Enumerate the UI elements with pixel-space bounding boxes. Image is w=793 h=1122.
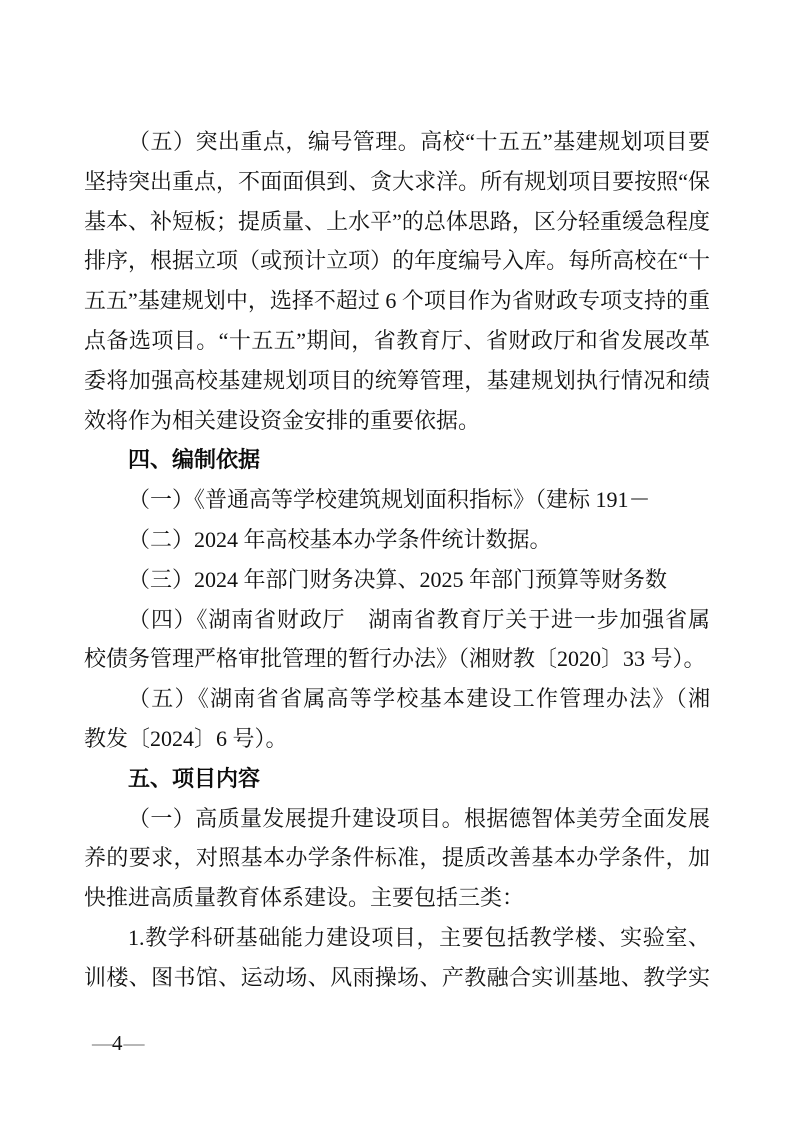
paragraph-line: 快推进高质量教育体系建设。主要包括三类： xyxy=(84,878,710,918)
document-page: （五）突出重点，编号管理。高校“十五五”基建规划项目要坚持突出重点，不面面俱到、… xyxy=(0,0,793,1122)
section-heading: 五、项目内容 xyxy=(84,759,710,799)
document-body: （五）突出重点，编号管理。高校“十五五”基建规划项目要坚持突出重点，不面面俱到、… xyxy=(84,122,710,998)
paragraph-line: 委将加强高校基建规划项目的统筹管理，基建规划执行情况和绩 xyxy=(84,361,710,401)
paragraph-line: 1.教学科研基础能力建设项目，主要包括教学楼、实验室、实 xyxy=(84,918,710,958)
page-number: —4— xyxy=(92,1028,143,1058)
page-number-value: 4 xyxy=(111,1031,124,1055)
paragraph-line: （二）2024 年高校基本办学条件统计数据。 xyxy=(84,520,710,560)
paragraph-line: 排序，根据立项（或预计立项）的年度编号入库。每所高校在“十 xyxy=(84,241,710,281)
paragraph-line: （五）突出重点，编号管理。高校“十五五”基建规划项目要 xyxy=(84,122,710,162)
paragraph-line: 校债务管理严格审批管理的暂行办法》（湘财教〔2020〕33 号）。 xyxy=(84,639,710,679)
page-number-right-dash: — xyxy=(124,1031,143,1055)
paragraph-line: （五）《湖南省省属高等学校基本建设工作管理办法》（湘 xyxy=(84,679,710,719)
section-heading: 四、编制依据 xyxy=(84,440,710,480)
paragraph-line: 效将作为相关建设资金安排的重要依据。 xyxy=(84,401,710,441)
paragraph-line: （一）高质量发展提升建设项目。根据德智体美劳全面发展培 xyxy=(84,799,710,839)
paragraph-line: 基本、补短板；提质量、上水平”的总体思路，区分轻重缓急程度 xyxy=(84,202,710,242)
paragraph-line: 点备选项目。“十五五”期间，省教育厅、省财政厅和省发展改革 xyxy=(84,321,710,361)
paragraph-line: 教发〔2024〕6 号）。 xyxy=(84,719,710,759)
page-number-left-dash: — xyxy=(92,1031,111,1055)
paragraph-line: （三）2024 年部门财务决算、2025 年部门预算等财务数据。 xyxy=(84,560,710,600)
paragraph-line: 坚持突出重点，不面面俱到、贪大求洋。所有规划项目要按照“保 xyxy=(84,162,710,202)
paragraph-line: （一）《普通高等学校建筑规划面积指标》（建标 191－2018）。 xyxy=(84,480,710,520)
paragraph-line: 五五”基建规划中，选择不超过 6 个项目作为省财政专项支持的重 xyxy=(84,281,710,321)
paragraph-line: （四）《湖南省财政厅 湖南省教育厅关于进一步加强省属高 xyxy=(84,600,710,640)
paragraph-line: 养的要求，对照基本办学条件标准，提质改善基本办学条件，加 xyxy=(84,838,710,878)
paragraph-line: 训楼、图书馆、运动场、风雨操场、产教融合实训基地、教学实 xyxy=(84,958,710,998)
